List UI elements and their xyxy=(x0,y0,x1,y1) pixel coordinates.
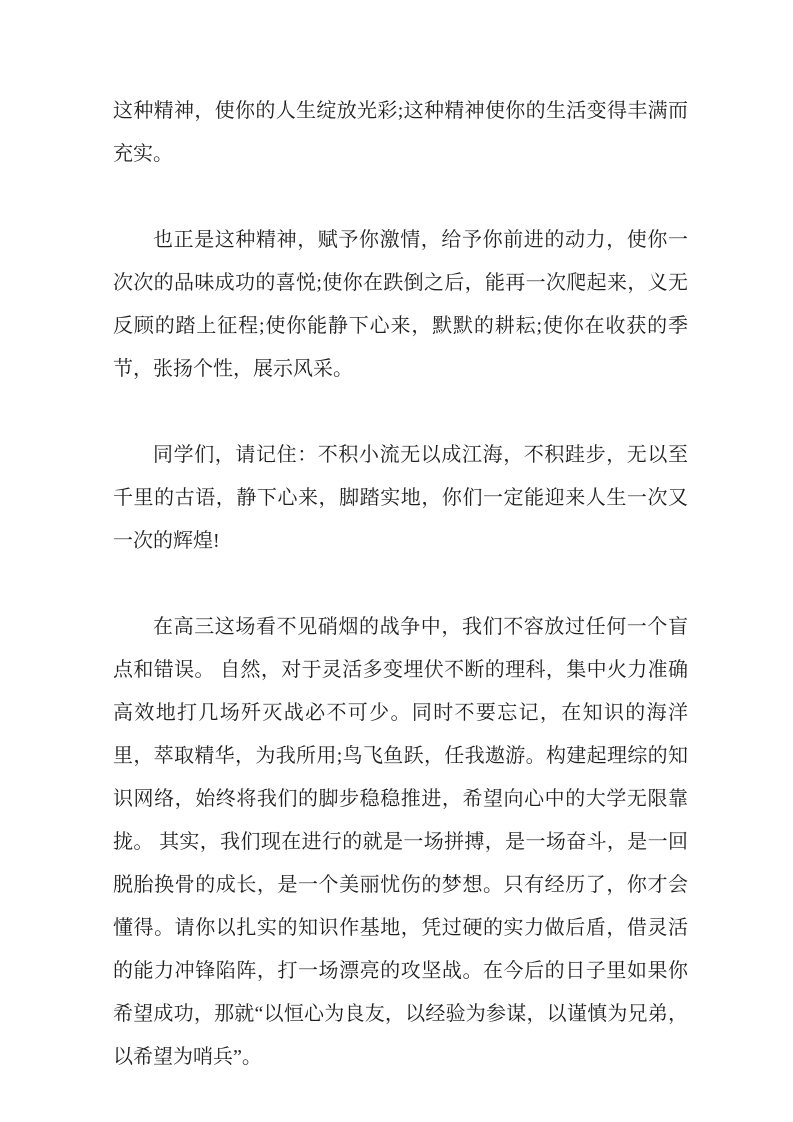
paragraph-senior-year-battle: 在高三这场看不见硝烟的战争中，我们不容放过任何一个盲点和错误。 自然，对于灵活多… xyxy=(113,606,688,1079)
document-body: 这种精神，使你的人生绽放光彩;这种精神使你的生活变得丰满而充实。 也正是这种精神… xyxy=(113,90,688,1079)
paragraph-continuation: 这种精神，使你的人生绽放光彩;这种精神使你的生活变得丰满而充实。 xyxy=(113,90,688,176)
paragraph-students-remember: 同学们，请记住：不积小流无以成江海，不积跬步，无以至千里的古语，静下心来，脚踏实… xyxy=(113,434,688,563)
paragraph-spirit: 也正是这种精神，赋予你激情，给予你前进的动力，使你一次次的品味成功的喜悦;使你在… xyxy=(113,219,688,391)
document-page: 这种精神，使你的人生绽放光彩;这种精神使你的生活变得丰满而充实。 也正是这种精神… xyxy=(0,0,793,1122)
